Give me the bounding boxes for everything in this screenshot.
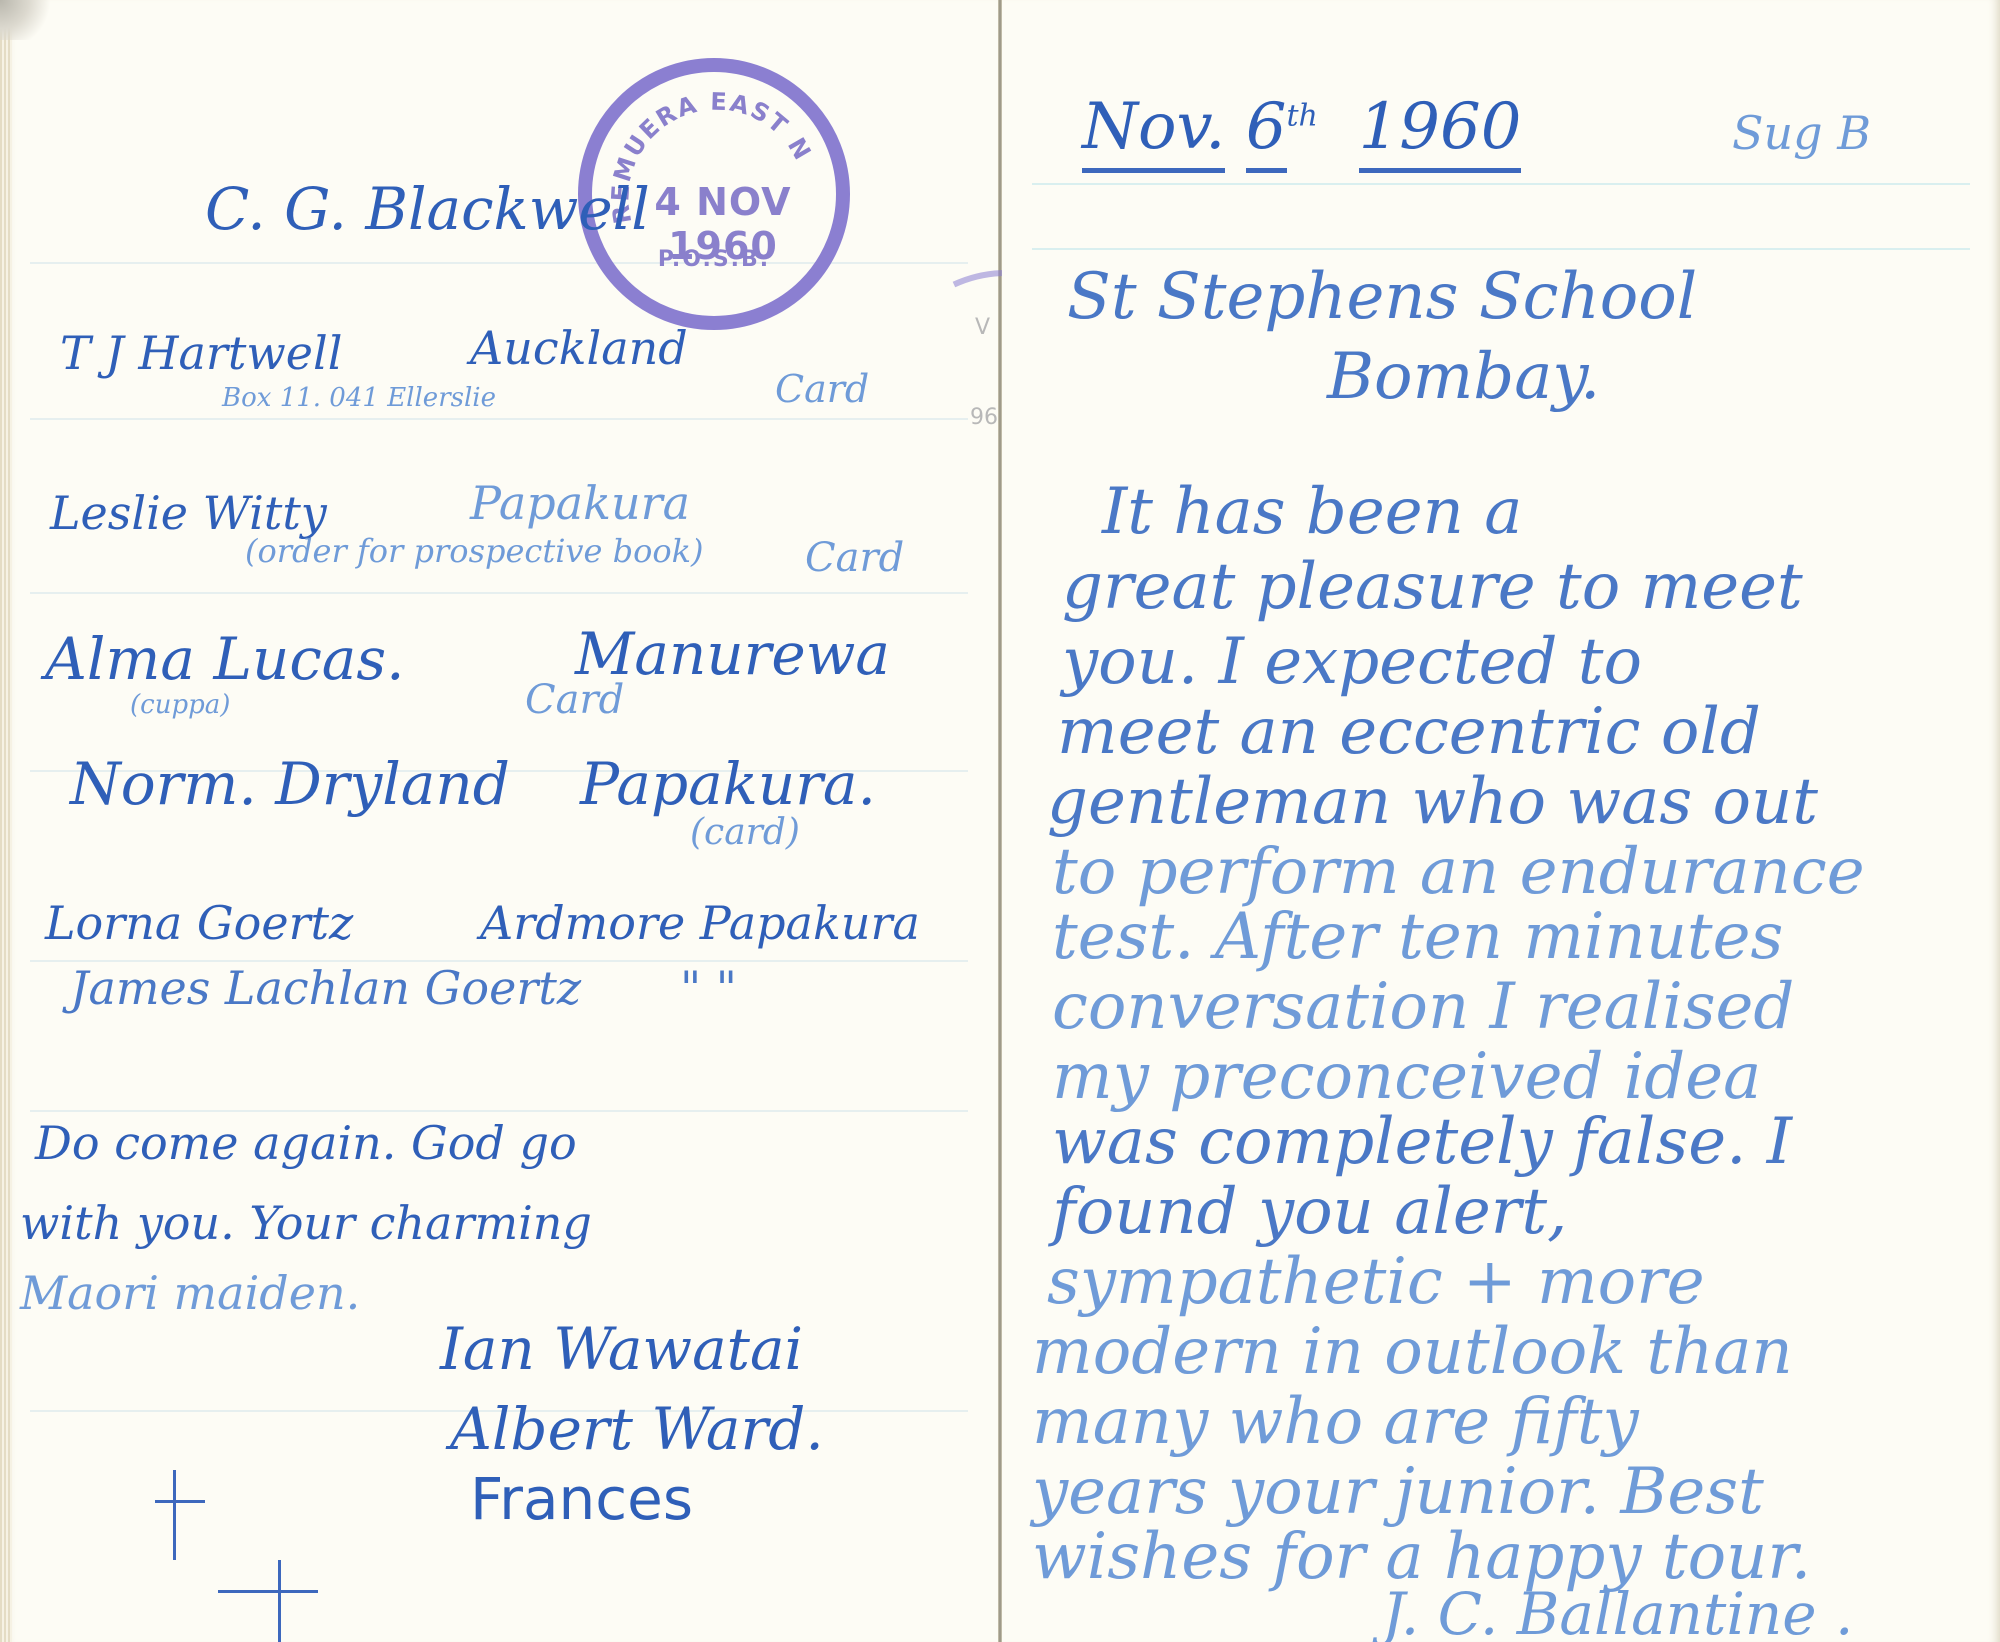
letter-line: found you alert,: [1052, 1180, 1567, 1244]
letter-line: meet an eccentric old: [1057, 700, 1761, 764]
notebook-spread: REMUERA EAST N.Z. 4 NOV 1960 P.O.S.B. C.…: [0, 0, 2000, 1642]
initials: Sug B: [1732, 110, 1871, 156]
signature-ballantine: J. C. Ballantine .: [1382, 1585, 1853, 1642]
letter-line: great pleasure to meet: [1062, 555, 1803, 619]
letter-line: to perform an endurance: [1052, 840, 1865, 904]
entry-name: James Lachlan Goertz: [70, 965, 581, 1011]
letter-line: sympathetic + more: [1047, 1250, 1705, 1314]
entry-name: T J Hartwell: [60, 330, 342, 376]
entry-note: Card: [805, 538, 904, 578]
message-line: Do come again. God go: [35, 1120, 577, 1166]
signature-wawatai: Ian Wawatai: [440, 1320, 803, 1378]
letter-line: you. I expected to: [1062, 630, 1642, 694]
date-year: 1960: [1359, 90, 1522, 173]
entry-note: Card: [775, 370, 869, 408]
letter-date: Nov. 6th 1960: [1082, 95, 1521, 159]
school-name: St Stephens School: [1067, 265, 1697, 329]
letter-line: test. After ten minutes: [1052, 905, 1783, 969]
letter-line: conversation I realised: [1052, 975, 1794, 1039]
entry-note: (card): [690, 815, 800, 851]
entry-name: Leslie Witty: [50, 490, 327, 536]
cross-mark: [155, 1500, 205, 1503]
right-page: Nov. 6th 1960 Sug B St Stephens School B…: [1002, 0, 2000, 1642]
letter-line: It has been a: [1102, 480, 1522, 544]
cross-mark: [173, 1470, 176, 1560]
left-page: REMUERA EAST N.Z. 4 NOV 1960 P.O.S.B. C.…: [0, 0, 998, 1642]
letter-line: many who are fifty: [1032, 1390, 1639, 1454]
cross-mark: [278, 1560, 281, 1642]
letter-line: was completely false. I: [1052, 1110, 1792, 1174]
entry-name: Alma Lucas.: [45, 630, 405, 688]
date-month: Nov.: [1082, 90, 1225, 173]
message-line: with you. Your charming: [20, 1200, 592, 1246]
school-city: Bombay.: [1327, 345, 1600, 409]
entry-sub: (order for prospective book): [245, 535, 704, 567]
ruled-line: [1032, 183, 1970, 185]
entry-place: Manurewa: [575, 625, 890, 683]
letter-line: gentleman who was out: [1047, 770, 1818, 834]
ruled-line: [30, 418, 968, 420]
entry-place: Papakura: [470, 480, 690, 526]
entry-place: Papakura.: [580, 755, 876, 813]
entry-name: Norm. Dryland: [70, 755, 510, 813]
letter-line: modern in outlook than: [1032, 1320, 1793, 1384]
entry-sub: (cuppa): [130, 692, 230, 718]
message-line: Maori maiden.: [20, 1270, 360, 1316]
date-day: 6: [1246, 90, 1287, 173]
cross-mark: [218, 1590, 318, 1593]
entry-place: " ": [680, 965, 737, 1011]
entry-name: Lorna Goertz: [45, 900, 353, 946]
stamp-bottom-text: P.O.S.B.: [592, 247, 836, 272]
ruled-line: [30, 592, 968, 594]
signature-blackwell: C. G. Blackwell: [205, 180, 650, 238]
entry-note: Card: [525, 680, 624, 720]
ruled-line: [1032, 248, 1970, 250]
signature-ward: Albert Ward.: [450, 1400, 824, 1458]
letter-line: my preconceived idea: [1052, 1045, 1761, 1109]
entry-place: Ardmore Papakura: [480, 900, 920, 946]
signature-frances: Frances: [470, 1470, 693, 1528]
page-corner-shadow: [0, 0, 60, 40]
entry-place: Auckland: [470, 325, 688, 371]
ruled-line: [30, 1110, 968, 1112]
letter-line: years your junior. Best: [1032, 1460, 1764, 1524]
entry-sub: Box 11. 041 Ellerslie: [222, 385, 496, 411]
date-suffix: th: [1287, 99, 1318, 134]
